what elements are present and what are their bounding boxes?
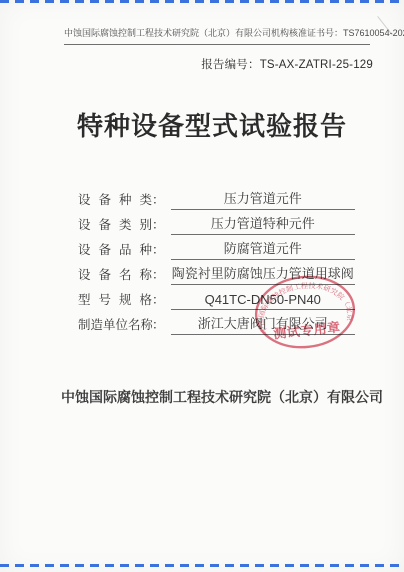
field-label: 设备名称 (78, 265, 152, 285)
field-row-equipment-variety: 设备品种： 防腐管道元件 (78, 235, 355, 260)
seal-center-text: 测试专用章 (273, 319, 342, 341)
field-colon: ： (152, 190, 165, 210)
bottom-edge-dashed-line (0, 564, 404, 567)
field-colon: ： (152, 240, 165, 260)
field-label: 设备类别 (78, 215, 152, 235)
field-colon: ： (152, 315, 165, 335)
cert-value: TS7610054-2027 (343, 28, 404, 38)
scanned-report-page: 中蚀国际腐蚀控制工程技术研究院（北京）有限公司 机构核准证书号：TS761005… (0, 0, 404, 572)
field-value: 压力管道特种元件 (171, 213, 355, 235)
report-number-line: 报告编号：TS-AX-ZATRI-25-129 (201, 56, 373, 72)
red-test-seal-stamp: 中蚀国际腐蚀控制工程技术研究院（北京）有限公司 测试专用章 (248, 267, 362, 358)
field-value: 防腐管道元件 (171, 238, 355, 260)
report-number-label: 报告编号： (201, 59, 260, 71)
field-label: 制造单位名称 (78, 315, 152, 335)
seal-graphic: 中蚀国际腐蚀控制工程技术研究院（北京）有限公司 测试专用章 (248, 267, 362, 358)
field-label: 型号规格 (78, 290, 152, 310)
cert-label: 机构核准证书号： (271, 28, 343, 38)
header-org-name: 中蚀国际腐蚀控制工程技术研究院（北京）有限公司 (64, 26, 271, 39)
report-number-value: TS-AX-ZATRI-25-129 (260, 59, 373, 71)
header-cert-number: 机构核准证书号：TS7610054-2027 (271, 26, 404, 39)
field-colon: ： (152, 265, 165, 285)
document-header: 中蚀国际腐蚀控制工程技术研究院（北京）有限公司 机构核准证书号：TS761005… (64, 26, 370, 45)
field-label: 设备种类 (78, 190, 152, 210)
field-colon: ： (152, 290, 165, 310)
footer-organization-name: 中蚀国际腐蚀控制工程技术研究院（北京）有限公司 (45, 387, 399, 407)
field-row-equipment-kind: 设备种类： 压力管道元件 (78, 185, 355, 210)
field-row-equipment-category: 设备类别： 压力管道特种元件 (78, 210, 355, 235)
field-label: 设备品种 (78, 240, 152, 260)
page-title: 特种设备型式试验报告 (30, 106, 394, 143)
field-colon: ： (152, 215, 165, 235)
field-value: 压力管道元件 (171, 188, 355, 210)
top-edge-dashed-line (0, 0, 404, 3)
